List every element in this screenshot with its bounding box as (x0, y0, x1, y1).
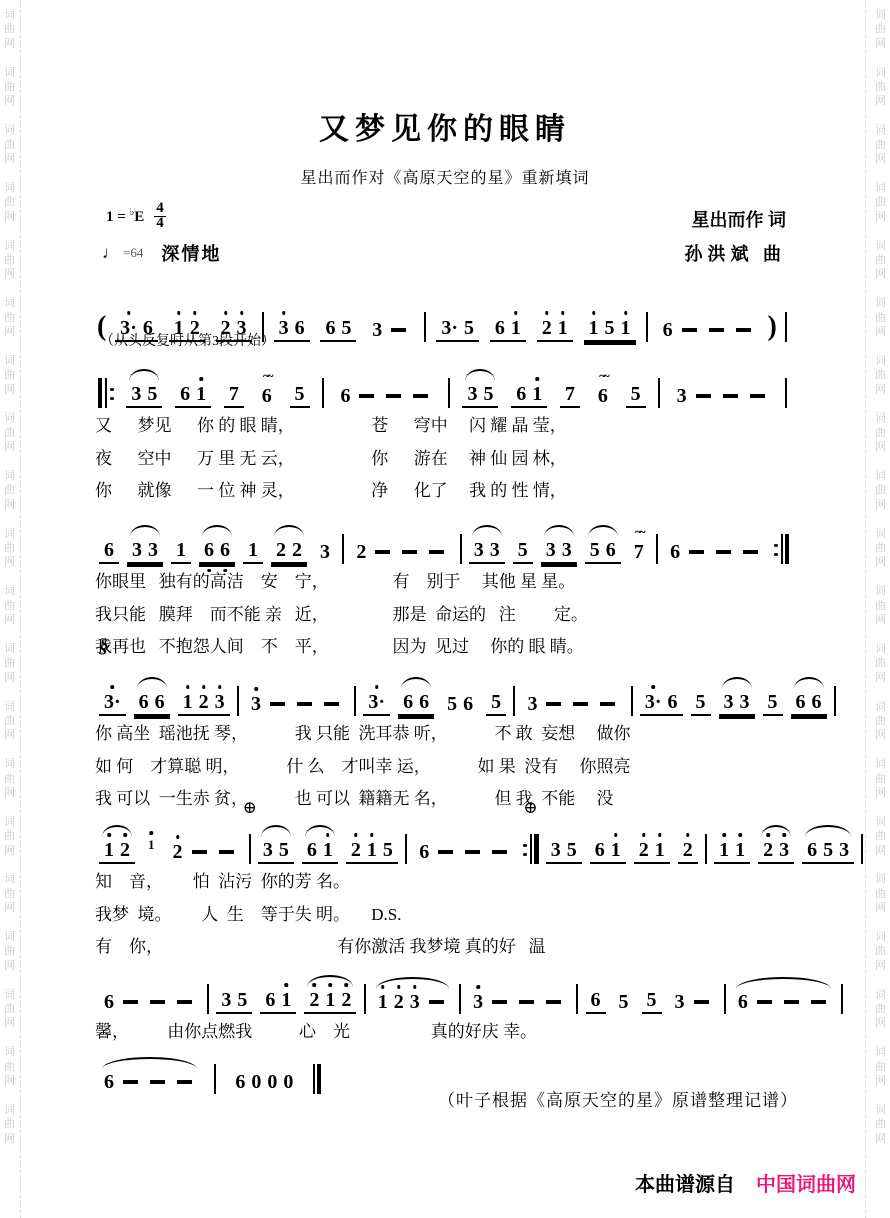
note: 2 (273, 539, 289, 561)
note-group: 215 (346, 839, 398, 864)
notation-row: 63561212123365536 (95, 950, 790, 1014)
note-group: 2 (351, 541, 452, 564)
note-number: 1 (104, 839, 114, 861)
note: 6 (804, 839, 820, 861)
note-group: 6 (99, 1071, 200, 1094)
notation-row: 6331661223233533567~~6 (95, 500, 790, 564)
note: 1 (180, 691, 196, 713)
note-number: 2 (639, 839, 649, 861)
note-group: 3 (670, 991, 717, 1014)
note: 2 (218, 317, 234, 339)
note-number: 1 (176, 539, 186, 561)
note-number: 3 (473, 991, 483, 1013)
note-number: 6 (220, 539, 230, 561)
mordent-ornament: ~~ (263, 368, 271, 384)
octave-dot-above (738, 833, 742, 837)
octave-dot-above (329, 983, 333, 987)
note: 3 (471, 539, 487, 561)
note-group: 66 (199, 539, 235, 564)
note-group: 7 (224, 383, 244, 408)
dash-note (123, 1080, 138, 1083)
note: 6 (809, 691, 825, 713)
dash-note (492, 850, 507, 853)
note-group: 6 (665, 541, 766, 564)
dash-note (123, 1000, 138, 1003)
footer: 本曲谱源自 中国词曲网 (635, 1168, 856, 1197)
note: 1 (145, 836, 158, 854)
note: 5 (292, 383, 308, 405)
key-signature-row: 1 = ♭E 4 4 (106, 202, 166, 230)
note-number: 3 (546, 539, 556, 561)
note: 3 (145, 539, 161, 561)
notation-row: (3·61223366533·561211516) (95, 278, 790, 342)
bar-stroke (207, 984, 209, 1014)
note-group: 3 (315, 541, 335, 564)
bar-stroke (459, 984, 461, 1014)
note: 6 (416, 691, 432, 713)
dash-note (375, 550, 390, 553)
barline (447, 378, 451, 408)
note: 1 (364, 839, 380, 861)
barline (320, 378, 324, 408)
note-number: 5 (447, 693, 457, 715)
octave-dot-above (651, 685, 655, 689)
segno-mark: § (99, 636, 109, 658)
dash-note (723, 394, 738, 397)
note-number: 3 (740, 691, 750, 713)
octave-dot-above (224, 311, 228, 315)
note-number: 6 (807, 839, 817, 861)
repeat-dot (110, 397, 114, 401)
note-group: 6 (733, 991, 834, 1014)
dash-note (402, 550, 417, 553)
note-number: 5 (823, 839, 833, 861)
repeat-dot (523, 853, 527, 857)
note-group: 123 (373, 991, 452, 1014)
note: 1 (320, 839, 336, 861)
note: 2 (306, 989, 322, 1011)
lyric-line: 知 音， 怕 沾污 你的芳 名。 (95, 868, 790, 897)
note-number: 2 (542, 317, 552, 339)
note: 3 (248, 693, 264, 715)
note-group: 61 (302, 839, 338, 864)
dash-note (324, 702, 339, 705)
lyric-line: 又 梦见 你 的 眼 睛， 苍 穹中 闪 耀 晶 莹， (95, 412, 790, 441)
note-group: 6 (658, 319, 759, 342)
note-number: 2 (351, 839, 361, 861)
note-number: 3 (562, 539, 572, 561)
octave-dot-above (476, 985, 480, 989)
note-group: 33 (469, 539, 505, 564)
octave-dot-above (240, 311, 244, 315)
song-subtitle: 星出而作对《高原天空的星》重新填词 (0, 165, 890, 188)
note-group: 123 (178, 691, 230, 716)
note: 6 (603, 539, 619, 561)
note-number: 5 (605, 317, 615, 339)
dash-note (465, 850, 480, 853)
note-number: 5 (383, 839, 393, 861)
bar-stroke (424, 312, 426, 342)
note: 6 (337, 385, 353, 407)
note-number: 1 (558, 317, 568, 339)
note: 1 (101, 839, 117, 861)
dash-note (546, 1000, 561, 1003)
note-number: 1 (367, 839, 377, 861)
note-group: 6 (99, 991, 200, 1014)
note: 3 (128, 383, 144, 405)
note-number: 2 (276, 539, 286, 561)
note-group: 5 (290, 383, 310, 408)
note-number: 3· (645, 691, 662, 713)
note-group: 5 (513, 539, 533, 564)
octave-dot-above (413, 985, 417, 989)
dash-note (391, 328, 406, 331)
note-group: 33 (127, 539, 163, 564)
octave-dot-above (536, 377, 540, 381)
note-group: 6~~ (593, 385, 613, 408)
note-number: 3 (779, 839, 789, 861)
note: 5 (564, 839, 580, 861)
dash-note (696, 394, 711, 397)
note-number: 3 (551, 839, 561, 861)
note-group: 3·6 (640, 691, 683, 716)
dash-note (429, 1000, 444, 1003)
note-number: 1 (532, 383, 542, 405)
dash-note (492, 1000, 507, 1003)
dash-note (682, 328, 697, 331)
notation-row: 356176~~56356176~~53 (95, 344, 790, 408)
note: 6 (460, 693, 476, 715)
note-number: 1 (655, 839, 665, 861)
note-group: 66 (398, 691, 434, 716)
notation-row: 1212⊕35612156⊕35612121123653 (95, 800, 790, 864)
note: 2 (348, 839, 364, 861)
note-group: 36 (274, 317, 310, 342)
dash-note (709, 328, 724, 331)
barline (458, 534, 462, 564)
barline (784, 312, 788, 342)
note: 6 (735, 991, 751, 1013)
octave-dot-above (218, 685, 222, 689)
dash-note (716, 550, 731, 553)
note-number: 5 (768, 691, 778, 713)
tempo-row: ♩ =64 深情地 (102, 240, 221, 266)
note: 3 (672, 991, 688, 1013)
note-group: 33 (541, 539, 577, 564)
note: 5 (515, 539, 531, 561)
bar-stroke (249, 834, 251, 864)
note-number: 3· (104, 691, 121, 713)
note-number: 6 (516, 383, 526, 405)
note: 3 (737, 691, 753, 713)
note: 1 (173, 539, 189, 561)
bar-stroke (460, 534, 462, 564)
note: 2 (117, 839, 133, 861)
bar-stroke (313, 1064, 315, 1094)
lyric-line: 夜 空中 万 里 无 云， 你 游在 神 仙 园 林， (95, 445, 790, 474)
note-number: 3 (675, 991, 685, 1013)
bar-stroke (342, 534, 344, 564)
note-number: 5 (567, 839, 577, 861)
note: 5 (234, 989, 250, 1011)
note-group: 35 (126, 383, 162, 408)
octave-dot-above (177, 311, 181, 315)
note: 6 (152, 691, 168, 713)
note: 2 (338, 989, 354, 1011)
note: 1 (171, 317, 187, 339)
note-group: 6000 (230, 1071, 298, 1094)
note-number: 6 (180, 383, 190, 405)
note-group: 61 (260, 989, 296, 1014)
note: 0 (248, 1071, 264, 1093)
barline (833, 686, 837, 716)
bar-stroke (576, 984, 578, 1014)
note-number: 1 (196, 383, 206, 405)
note-number: 1 (621, 317, 631, 339)
dash-note (297, 702, 312, 705)
lyric-line: 如 何 才算聪 明， 什 么 才叫幸 运， 如 果 没有 你照亮 (95, 753, 790, 782)
note: 3· (365, 691, 388, 713)
note-group: 21 (537, 317, 573, 342)
note-group: 65 (320, 317, 356, 342)
note-number: 5 (696, 691, 706, 713)
octave-dot-above (111, 685, 115, 689)
note: 1 (586, 317, 602, 339)
note-group: 61 (511, 383, 547, 408)
note-group: 23 (216, 317, 252, 342)
note: 3 (543, 539, 559, 561)
note: 2 (760, 839, 776, 861)
octave-dot-above (354, 833, 358, 837)
parenthesis: ) (767, 312, 776, 342)
barline (723, 984, 727, 1014)
note: 3· (642, 691, 665, 713)
note: 6 (592, 839, 608, 861)
repeat-dots (523, 836, 527, 864)
octave-dot-above (370, 833, 374, 837)
note: 6 (217, 539, 233, 561)
note-number: 5 (491, 691, 501, 713)
octave-dot-above (254, 687, 258, 691)
note: 3 (276, 317, 292, 339)
note-number: 5 (518, 539, 528, 561)
note: 0 (280, 1071, 296, 1093)
lyricist-credit: 星出而作 词 (692, 206, 787, 232)
notation-system: 66000 (95, 1030, 324, 1094)
octave-dot-above (375, 685, 379, 689)
note: 5 (693, 691, 709, 713)
note-number: 2 (292, 539, 302, 561)
note-group: 35 (462, 383, 498, 408)
bar-stroke (534, 834, 538, 864)
note: 3 (218, 989, 234, 1011)
bar-stroke (841, 984, 843, 1014)
coda-mark: ⊕ (243, 798, 257, 818)
note-number: 1 (735, 839, 745, 861)
note-number: 5 (295, 383, 305, 405)
repeat-dot (523, 844, 527, 848)
note: 6 (140, 317, 156, 339)
notation-system: 356176~~56356176~~53又 梦见 你 的 眼 睛， 苍 穹中 闪… (95, 344, 790, 506)
note: 5 (461, 317, 477, 339)
lyric-line: 我梦 境。 人 生 等于失 明。 D.S. (95, 901, 790, 930)
dash-note (757, 1000, 772, 1003)
note-number: 6 (295, 317, 305, 339)
note: 5 (480, 383, 496, 405)
note-number: 3 (251, 693, 261, 715)
note: 5 (488, 691, 504, 713)
note-group: 61 (175, 383, 211, 408)
note-number: 5 (631, 383, 641, 405)
barline: ⊕ (248, 834, 252, 864)
note-number: 3 (839, 839, 849, 861)
note: 3 (524, 693, 540, 715)
note: 6 (660, 319, 676, 341)
note: 3· (117, 317, 140, 339)
note-number: 6 (670, 541, 680, 563)
note-number: 3 (474, 539, 484, 561)
dash-note (150, 1080, 165, 1083)
note: 6 (177, 383, 193, 405)
note-number: 3 (677, 385, 687, 407)
repeat-dots (774, 536, 778, 564)
note-number: 3 (320, 541, 330, 563)
note: 3 (776, 839, 792, 861)
octave-dot-above (397, 985, 401, 989)
octave-dot-above (766, 833, 770, 837)
note: 6 (101, 991, 117, 1013)
octave-dot-above (624, 311, 628, 315)
bar-stroke (317, 1064, 321, 1094)
note-group: 151 (584, 317, 636, 342)
repeat-dot (110, 388, 114, 392)
note-number: 6 (235, 1071, 245, 1093)
bar-stroke (656, 534, 658, 564)
note-group: 12 (169, 317, 205, 342)
note: 1 (193, 383, 209, 405)
note-group: 3· (99, 691, 126, 716)
octave-dot-above (514, 311, 518, 315)
notation-row: 66000 (95, 1030, 324, 1094)
note: 6 (667, 541, 683, 563)
note-number: 5 (237, 989, 247, 1011)
bar-stroke (513, 686, 515, 716)
dash-note (694, 1000, 709, 1003)
note-group: 2 (168, 841, 242, 864)
notation-system: 6331661223233533567~~6你眼里 独有的高洁 安 宁， 有 别… (95, 500, 790, 662)
note: 5 (144, 383, 160, 405)
note-number: 3 (237, 317, 247, 339)
note-number: 3 (467, 383, 477, 405)
note-group: 12 (99, 839, 135, 864)
octave-dot-above (686, 833, 690, 837)
note-number: 6 (668, 691, 678, 713)
note: 2 (391, 991, 407, 1013)
barline (629, 686, 633, 716)
bar-stroke (364, 984, 366, 1014)
barline (341, 534, 345, 564)
octave-dot-above (561, 311, 565, 315)
dash-note (811, 1000, 826, 1003)
note-group: 6~~ (257, 385, 277, 408)
note-number: 6 (606, 539, 616, 561)
bar-stroke (785, 312, 787, 342)
octave-dot-above (545, 311, 549, 315)
note-number: 1 (183, 691, 193, 713)
note-number: 5 (279, 839, 289, 861)
note-number: 0 (267, 1071, 277, 1093)
bar-stroke (214, 1064, 216, 1094)
octave-dot-above (381, 985, 385, 989)
note-group: 3 (246, 693, 347, 716)
note: 3 (260, 839, 276, 861)
note-number: 5 (590, 539, 600, 561)
note: 1 (555, 317, 571, 339)
note-number: 6 (155, 691, 165, 713)
barline: ⊕ (521, 834, 540, 864)
note: 3 (548, 839, 564, 861)
note: 1 (508, 317, 524, 339)
note-number: 2 (199, 691, 209, 713)
octave-dot-above (127, 311, 131, 315)
octave-dot-above (123, 833, 127, 837)
note-number: 6 (104, 991, 114, 1013)
note: 6 (136, 691, 152, 713)
note-number: 5 (464, 317, 474, 339)
bar-stroke (781, 534, 783, 564)
note-group: 23 (758, 839, 794, 864)
note: 1 (322, 989, 338, 1011)
note: 1 (278, 989, 294, 1011)
note-group: 5 (763, 691, 783, 716)
note: 3 (369, 319, 385, 341)
note-group: 61 (490, 317, 526, 342)
note: 6 (588, 989, 604, 1011)
octave-dot-above (345, 983, 349, 987)
note-number: 6 (104, 539, 114, 561)
dash-note (784, 1000, 799, 1003)
bar-stroke (834, 686, 836, 716)
bar-stroke (658, 378, 660, 408)
note-number: 6 (307, 839, 317, 861)
note-number: 1 (148, 837, 155, 852)
barline (655, 534, 659, 564)
note: 3 (129, 539, 145, 561)
note: 5 (602, 317, 618, 339)
barline (783, 378, 787, 408)
note-group: 3 (522, 693, 623, 716)
bar-stroke (105, 378, 107, 408)
barline (656, 378, 660, 408)
note: 3 (317, 541, 333, 563)
note-number: 2 (309, 989, 319, 1011)
barline (772, 534, 791, 564)
dash-note (177, 1000, 192, 1003)
note-number: 6 (265, 989, 275, 1011)
dash-note (743, 550, 758, 553)
bar-stroke (530, 834, 532, 864)
note-number: 6 (143, 317, 153, 339)
note-number: 2 (190, 317, 200, 339)
barline (512, 686, 516, 716)
note-group: 22 (271, 539, 307, 564)
bar-stroke (322, 378, 324, 408)
bar-stroke (262, 312, 264, 342)
note-number: 6 (403, 691, 413, 713)
note: 2 (353, 541, 369, 563)
dash-note (192, 850, 207, 853)
note-group: 3·6 (115, 317, 158, 342)
